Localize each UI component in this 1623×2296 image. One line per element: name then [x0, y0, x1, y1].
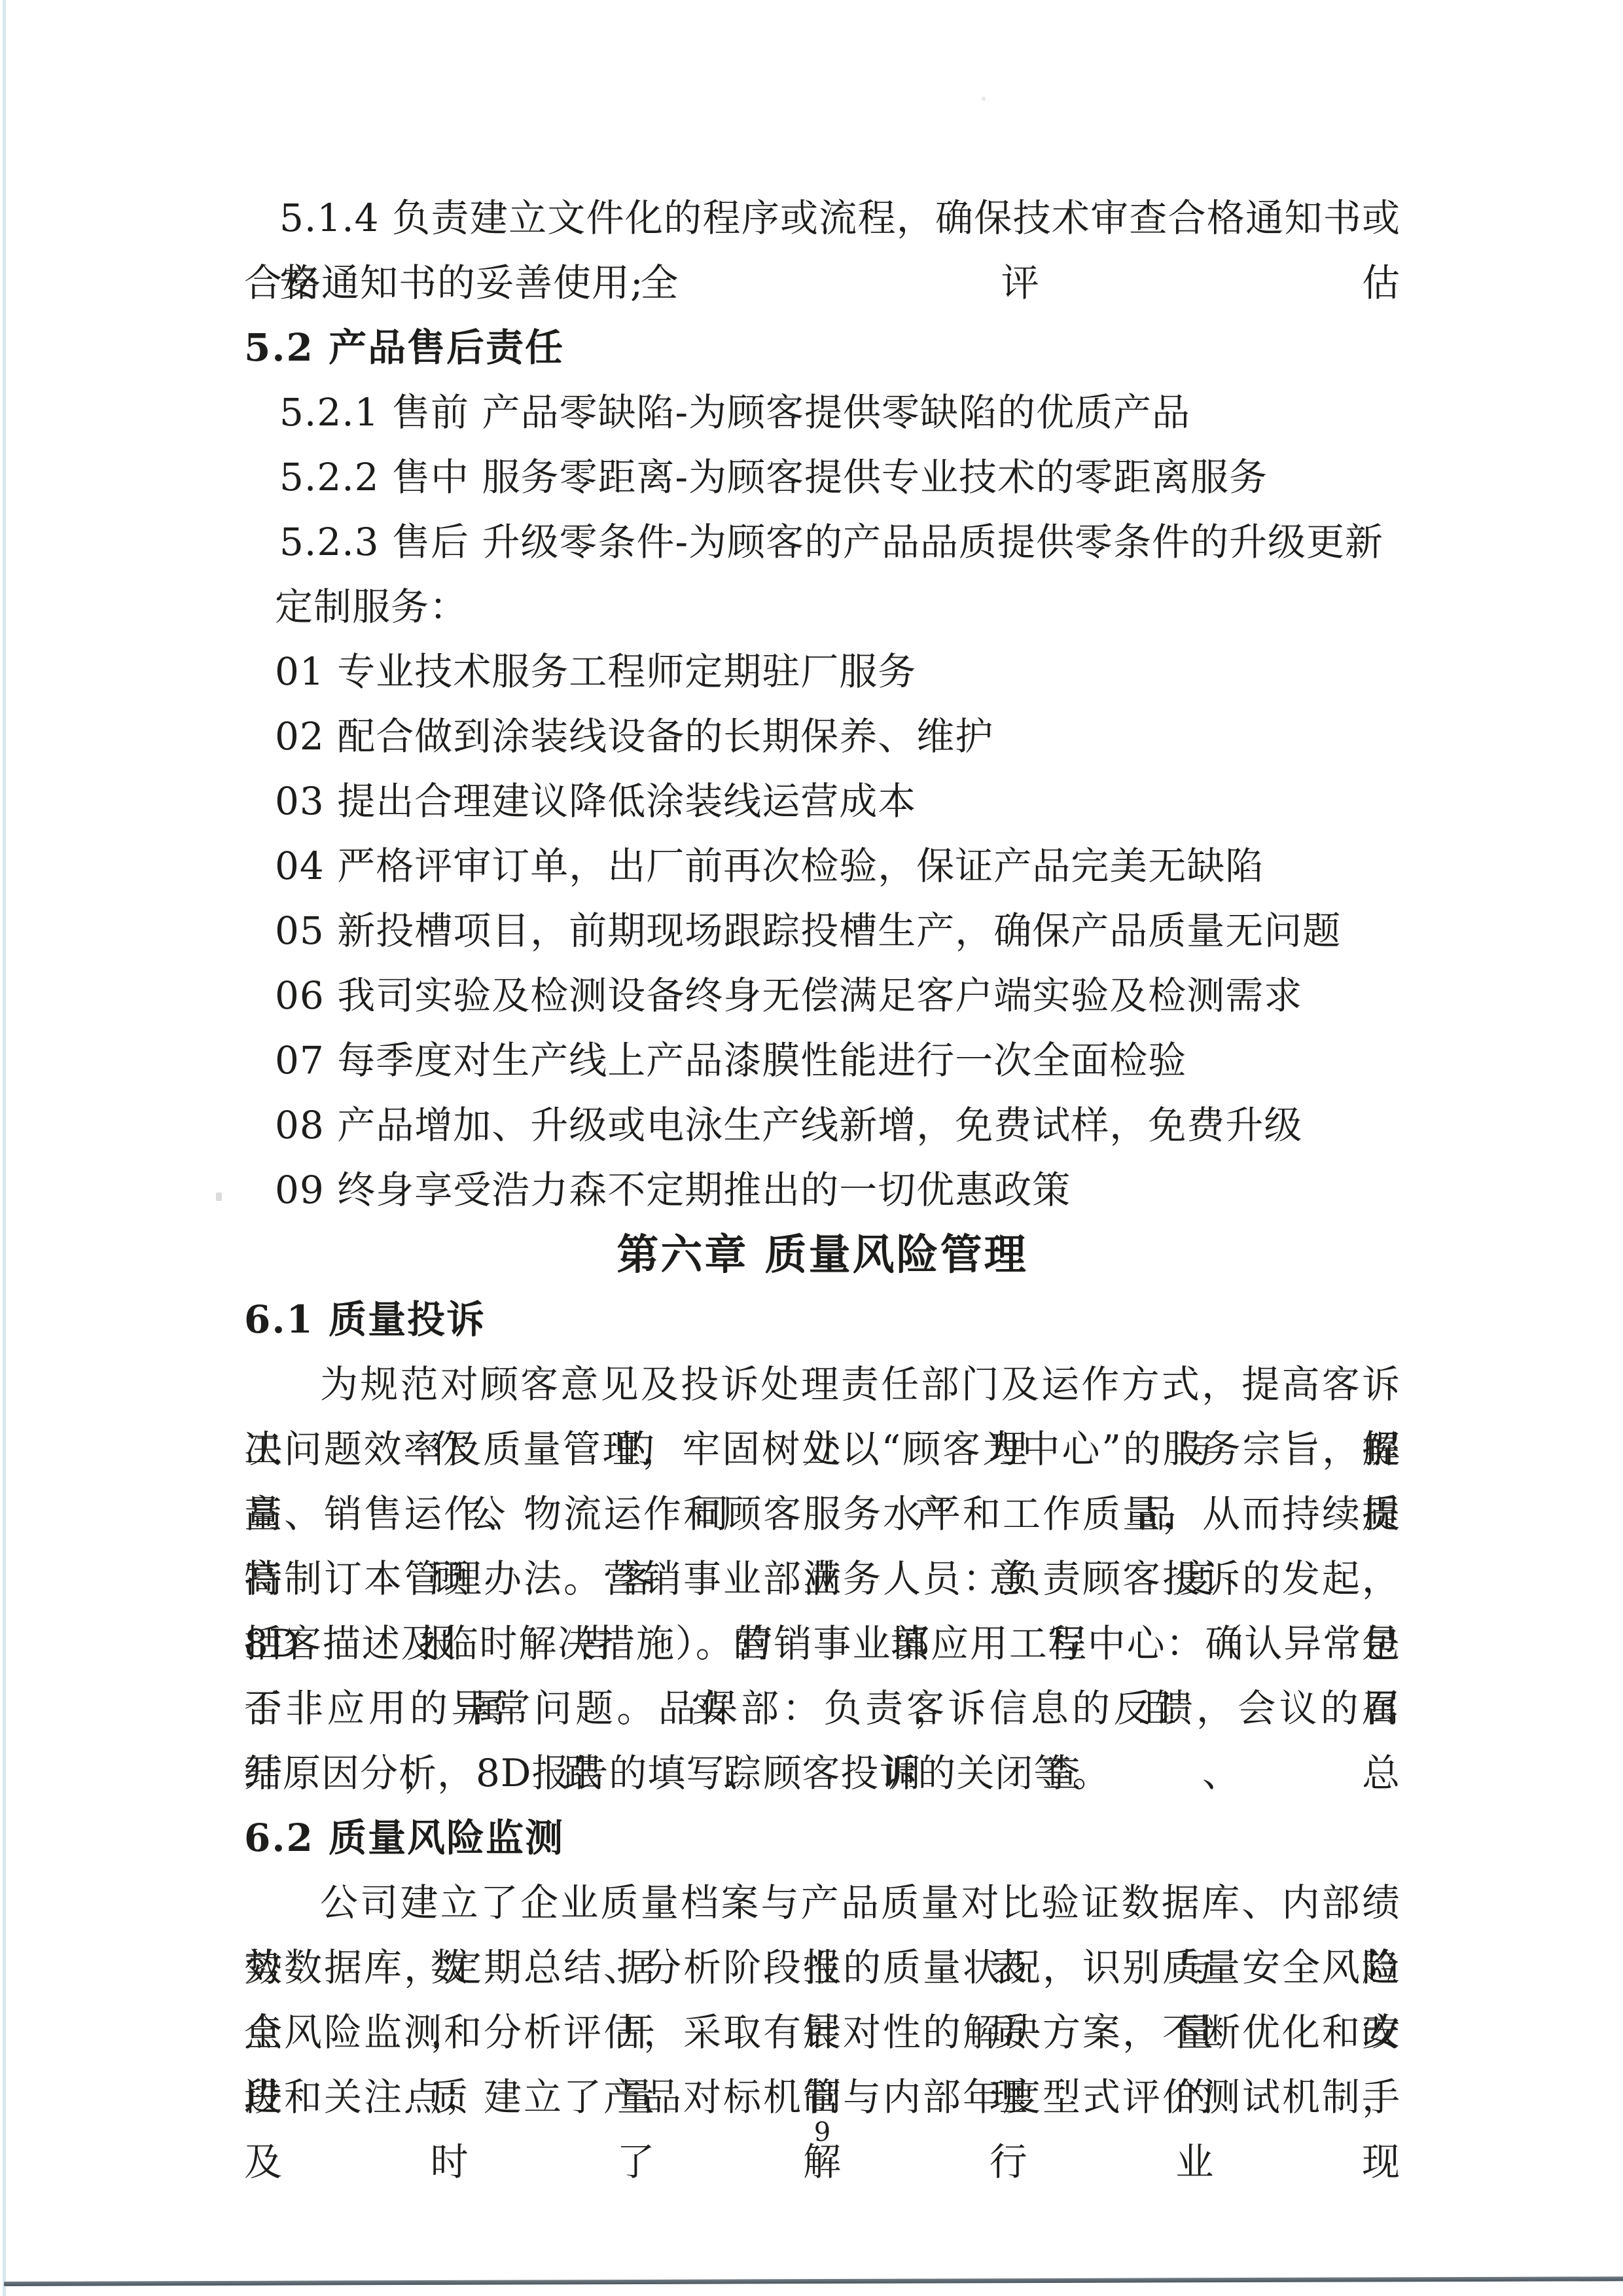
- paragraph-line: 特制订本管理办法。营销事业部业务人员：负责顾客投诉的发起，8D报告的填写（包: [244, 1547, 1400, 1611]
- scan-bottom-page-edge: [4, 2276, 1623, 2286]
- document-page: 5.1.4 负责建立文件化的程序或流程，确保技术审查合格通知书或安全评估合格通知…: [0, 0, 1623, 2296]
- section-heading: 6.1 质量投诉: [244, 1287, 1400, 1352]
- list-item: 定制服务：: [244, 575, 1400, 639]
- document-body: 5.1.4 负责建立文件化的程序或流程，确保技术审查合格通知书或安全评估合格通知…: [244, 186, 1400, 2130]
- list-item: 02 配合做到涂装线设备的长期保养、维护: [244, 704, 1400, 769]
- list-item: 01 专业技术服务工程师定期驻厂服务: [244, 639, 1400, 704]
- paragraph-line: 全风险监测和分析评估，采取有针对性的解决方案，不断优化和改进质量管理的手: [244, 2000, 1400, 2065]
- paragraph-line: 决问题效率及质量管理，牢固树立以“顾客为中心”的服务宗旨，提高公司产品质: [244, 1417, 1400, 1482]
- section-heading: 5.2 产品售后责任: [244, 315, 1400, 380]
- list-item: 06 我司实验及检测设备终身无偿满足客户端实验及检测需求: [244, 963, 1400, 1028]
- page-number: 9: [244, 2119, 1400, 2145]
- paragraph-line: 公司建立了企业质量档案与产品质量对比验证数据库、内部绩效数据报表与趋: [244, 1871, 1400, 1935]
- paragraph-line: 为规范对顾客意见及投诉处理责任部门及运作方式，提高客诉工作的处理与解: [244, 1352, 1400, 1417]
- paragraph-line: 量、销售运作、物流运作和顾客服务水平和工作质量，从而持续提高顾客满意度，: [244, 1482, 1400, 1547]
- section-heading: 6.2 质量风险监测: [244, 1806, 1400, 1871]
- list-item: 09 终身享受浩力森不定期推出的一切优惠政策: [244, 1158, 1400, 1223]
- list-item: 03 提出合理建议降低涂装线运营成本: [244, 769, 1400, 834]
- list-item: 08 产品增加、升级或电泳生产线新增，免费试样，免费升级: [244, 1093, 1400, 1158]
- paragraph-line: 势数据库，定期总结、分析阶段性的质量状况，识别质量安全风险点，开展质量安: [244, 1935, 1400, 2000]
- sub-item-line: 5.1.4 负责建立文件化的程序或流程，确保技术审查合格通知书或安全评估: [244, 186, 1400, 251]
- list-item: 04 严格评审订单，出厂前再次检验，保证产品完美无缺陷: [244, 834, 1400, 899]
- paragraph-line: 括客描述及临时解决措施）。营销事业部应用工程中心：确认异常是否属实，且属: [244, 1611, 1400, 1676]
- paragraph-line: 于非应用的异常问题。品保部：负责客诉信息的反馈，会议的召开，跟踪调查、总: [244, 1676, 1400, 1741]
- scan-speck: [216, 1193, 222, 1201]
- scan-left-edge-line: [3, 0, 6, 2296]
- sub-item-line: 5.2.1 售前 产品零缺陷-为顾客提供零缺陷的优质产品: [244, 380, 1400, 445]
- sub-item-line: 5.2.3 售后 升级零条件-为顾客的产品品质提供零条件的升级更新: [244, 510, 1400, 575]
- list-item: 05 新投槽项目，前期现场跟踪投槽生产，确保产品质量无问题: [244, 899, 1400, 963]
- list-item: 07 每季度对生产线上产品漆膜性能进行一次全面检验: [244, 1028, 1400, 1093]
- sub-item-line: 5.2.2 售中 服务零距离-为顾客提供专业技术的零距离服务: [244, 445, 1400, 510]
- scan-speck: [982, 97, 986, 101]
- chapter-heading: 第六章 质量风险管理: [244, 1223, 1400, 1287]
